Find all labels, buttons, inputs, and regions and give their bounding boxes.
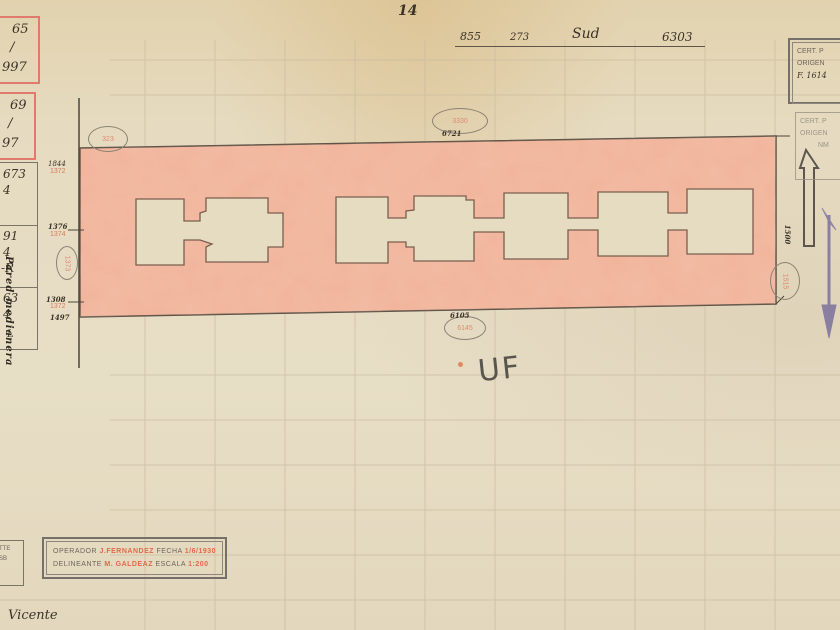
purple-arrow-icon — [822, 208, 836, 338]
cert-stamp-2: CERT. P ORIGEN NM — [795, 112, 840, 180]
top-dimension: 6721 — [442, 129, 461, 138]
corner-circle: 323 — [88, 126, 128, 152]
escala-label: ESCALA — [155, 561, 185, 568]
left-mark-2-black: 1376 — [48, 222, 67, 231]
fecha-label: FECHA — [156, 548, 182, 555]
bottom-left-mark: 1497 — [50, 313, 69, 322]
left-mark-2-red: 1374 — [50, 231, 66, 238]
escala-value: 1:200 — [188, 561, 208, 568]
red-dot — [458, 362, 463, 367]
signature: Vicente — [8, 608, 58, 623]
delineante-label: DELINEANTE — [53, 561, 102, 568]
plot-drawing — [0, 0, 840, 630]
delineante-value: M. GALDEAZ — [104, 561, 153, 568]
operator-stamp: OPERADOR J.FERNANDEZ FECHA 1/6/1930 DELI… — [42, 537, 227, 579]
fecha-value: 1/6/1930 — [185, 548, 216, 555]
operador-value: J.FERNANDEZ — [100, 548, 155, 555]
right-side-circle: 1515 — [770, 262, 800, 300]
left-mark-1-black: 1844 — [48, 160, 66, 168]
left-mark-1-red: 1372 — [50, 168, 66, 175]
bottom-dimension: 6105 — [450, 311, 469, 320]
uf-stamp: UF — [476, 350, 523, 389]
small-footer-stamp: TTE SB — [0, 540, 24, 586]
cert-stamp-1: CERT. P ORIGEN F. 1614 — [788, 38, 840, 104]
left-mark-3-red: 1372 — [50, 303, 66, 310]
left-side-circle: 1373 — [56, 246, 78, 280]
right-side-value: 1500 — [783, 225, 792, 244]
operador-label: OPERADOR — [53, 548, 97, 555]
